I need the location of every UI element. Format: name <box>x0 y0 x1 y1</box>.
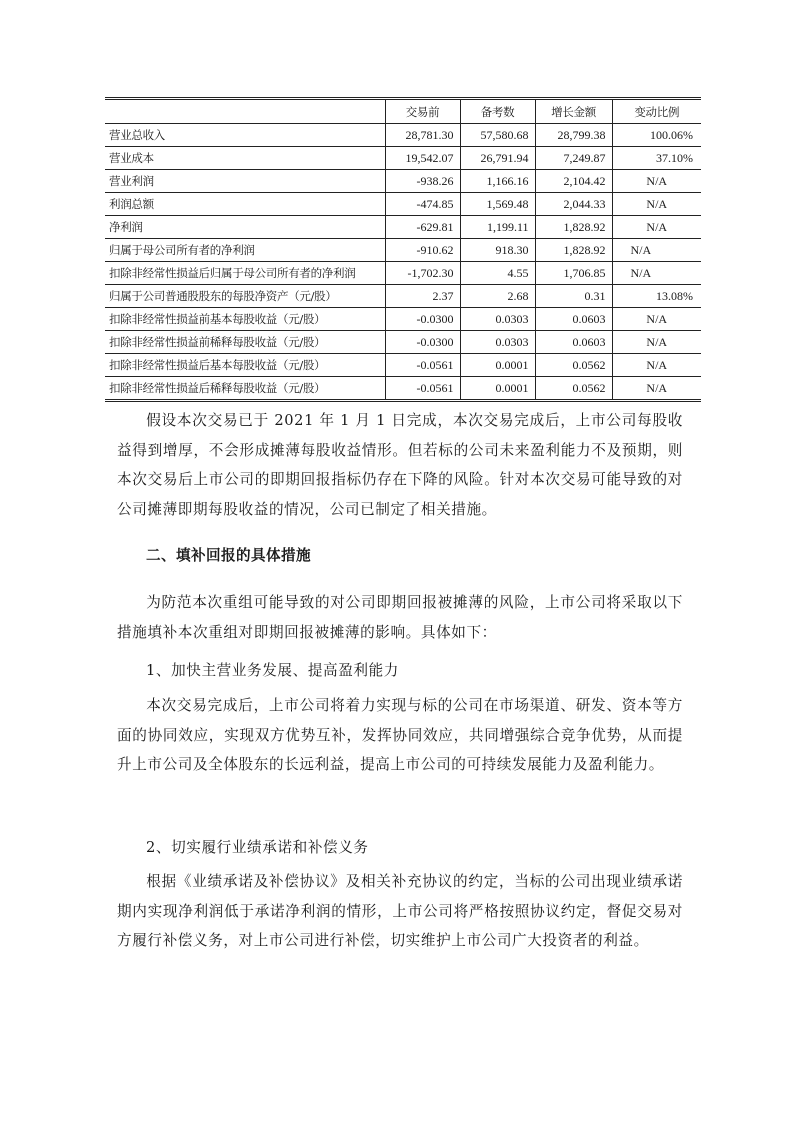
table-row: 扣除非经常性损益前稀释每股收益（元/股） -0.0300 0.0303 0.06… <box>105 331 701 354</box>
header-item <box>105 99 385 124</box>
cell-increase: 0.0562 <box>535 354 612 377</box>
cell-before: -474.85 <box>385 193 460 216</box>
cell-change: N/A <box>612 331 701 354</box>
cell-before: 19,542.07 <box>385 147 460 170</box>
cell-increase: 28,799.38 <box>535 124 612 147</box>
paragraph-synergy: 本次交易完成后，上市公司将着力实现与标的公司在市场渠道、研发、资本等方面的协同效… <box>117 691 683 780</box>
row-label: 扣除非经常性损益后归属于母公司所有者的净利润 <box>105 262 385 285</box>
cell-before: -0.0300 <box>385 331 460 354</box>
row-label: 归属于母公司所有者的净利润 <box>105 239 385 262</box>
table-row: 净利润 -629.81 1,199.11 1,828.92 N/A <box>105 216 701 239</box>
table-row: 扣除非经常性损益后稀释每股收益（元/股） -0.0561 0.0001 0.05… <box>105 377 701 401</box>
cell-before: 2.37 <box>385 285 460 308</box>
table-row: 归属于公司普通股股东的每股净资产（元/股） 2.37 2.68 0.31 13.… <box>105 285 701 308</box>
row-label: 扣除非经常性损益前稀释每股收益（元/股） <box>105 331 385 354</box>
header-before: 交易前 <box>385 99 460 124</box>
cell-pro-forma: 0.0303 <box>460 308 535 331</box>
cell-pro-forma: 918.30 <box>460 239 535 262</box>
cell-change: N/A <box>612 239 701 262</box>
cell-change: N/A <box>612 308 701 331</box>
paragraph-eps-assumption: 假设本次交易已于 2021 年 1 月 1 日完成，本次交易完成后，上市公司每股… <box>117 406 683 524</box>
row-label: 营业成本 <box>105 147 385 170</box>
cell-before: -1,702.30 <box>385 262 460 285</box>
cell-pro-forma: 1,569.48 <box>460 193 535 216</box>
cell-pro-forma: 1,199.11 <box>460 216 535 239</box>
cell-change: N/A <box>612 193 701 216</box>
table-row: 扣除非经常性损益前基本每股收益（元/股） -0.0300 0.0303 0.06… <box>105 308 701 331</box>
header-change: 变动比例 <box>612 99 701 124</box>
cell-change: 13.08% <box>612 285 701 308</box>
row-label: 扣除非经常性损益后基本每股收益（元/股） <box>105 354 385 377</box>
cell-change: N/A <box>612 170 701 193</box>
cell-increase: 0.0562 <box>535 377 612 401</box>
cell-increase: 0.0603 <box>535 308 612 331</box>
cell-pro-forma: 2.68 <box>460 285 535 308</box>
cell-change: N/A <box>612 262 701 285</box>
cell-change: N/A <box>612 354 701 377</box>
cell-change: 37.10% <box>612 147 701 170</box>
paragraph-measures-intro: 为防范本次重组可能导致的对公司即期回报被摊薄的风险，上市公司将采取以下措施填补本… <box>117 588 683 647</box>
table-row: 营业总收入 28,781.30 57,580.68 28,799.38 100.… <box>105 124 701 147</box>
cell-change: N/A <box>612 377 701 401</box>
cell-pro-forma: 1,166.16 <box>460 170 535 193</box>
cell-pro-forma: 0.0303 <box>460 331 535 354</box>
cell-pro-forma: 0.0001 <box>460 354 535 377</box>
cell-before: 28,781.30 <box>385 124 460 147</box>
cell-change: N/A <box>612 216 701 239</box>
row-label: 营业利润 <box>105 170 385 193</box>
cell-before: -0.0561 <box>385 354 460 377</box>
table-row: 利润总额 -474.85 1,569.48 2,044.33 N/A <box>105 193 701 216</box>
cell-before: -629.81 <box>385 216 460 239</box>
row-label: 扣除非经常性损益前基本每股收益（元/股） <box>105 308 385 331</box>
cell-increase: 0.31 <box>535 285 612 308</box>
cell-before: -0.0300 <box>385 308 460 331</box>
cell-before: -938.26 <box>385 170 460 193</box>
cell-pro-forma: 26,791.94 <box>460 147 535 170</box>
cell-increase: 2,044.33 <box>535 193 612 216</box>
cell-increase: 1,828.92 <box>535 216 612 239</box>
row-label: 归属于公司普通股股东的每股净资产（元/股） <box>105 285 385 308</box>
row-label: 营业总收入 <box>105 124 385 147</box>
cell-before: -0.0561 <box>385 377 460 401</box>
table-row: 营业利润 -938.26 1,166.16 2,104.42 N/A <box>105 170 701 193</box>
cell-increase: 1,706.85 <box>535 262 612 285</box>
paragraph-performance-commitment: 根据《业绩承诺及补偿协议》及相关补充协议的约定，当标的公司出现业绩承诺期内实现净… <box>117 867 683 956</box>
row-label: 扣除非经常性损益后稀释每股收益（元/股） <box>105 377 385 401</box>
row-label: 利润总额 <box>105 193 385 216</box>
subheading-2: 2、切实履行业绩承诺和补偿义务 <box>146 836 369 857</box>
subheading-1: 1、加快主营业务发展、提高盈利能力 <box>146 659 399 680</box>
cell-pro-forma: 0.0001 <box>460 377 535 401</box>
table-header-row: 交易前 备考数 增长金额 变动比例 <box>105 99 701 124</box>
cell-change: 100.06% <box>612 124 701 147</box>
row-label: 净利润 <box>105 216 385 239</box>
cell-pro-forma: 57,580.68 <box>460 124 535 147</box>
table-row: 扣除非经常性损益后归属于母公司所有者的净利润 -1,702.30 4.55 1,… <box>105 262 701 285</box>
cell-increase: 7,249.87 <box>535 147 612 170</box>
cell-pro-forma: 4.55 <box>460 262 535 285</box>
header-increase: 增长金额 <box>535 99 612 124</box>
table-row: 营业成本 19,542.07 26,791.94 7,249.87 37.10% <box>105 147 701 170</box>
table-row: 归属于母公司所有者的净利润 -910.62 918.30 1,828.92 N/… <box>105 239 701 262</box>
financial-comparison-table: 交易前 备考数 增长金额 变动比例 营业总收入 28,781.30 57,580… <box>105 97 701 402</box>
cell-before: -910.62 <box>385 239 460 262</box>
header-pro-forma: 备考数 <box>460 99 535 124</box>
table-row: 扣除非经常性损益后基本每股收益（元/股） -0.0561 0.0001 0.05… <box>105 354 701 377</box>
cell-increase: 2,104.42 <box>535 170 612 193</box>
cell-increase: 0.0603 <box>535 331 612 354</box>
cell-increase: 1,828.92 <box>535 239 612 262</box>
document-page: 交易前 备考数 增长金额 变动比例 营业总收入 28,781.30 57,580… <box>0 0 793 1122</box>
section-heading: 二、填补回报的具体措施 <box>146 544 311 565</box>
